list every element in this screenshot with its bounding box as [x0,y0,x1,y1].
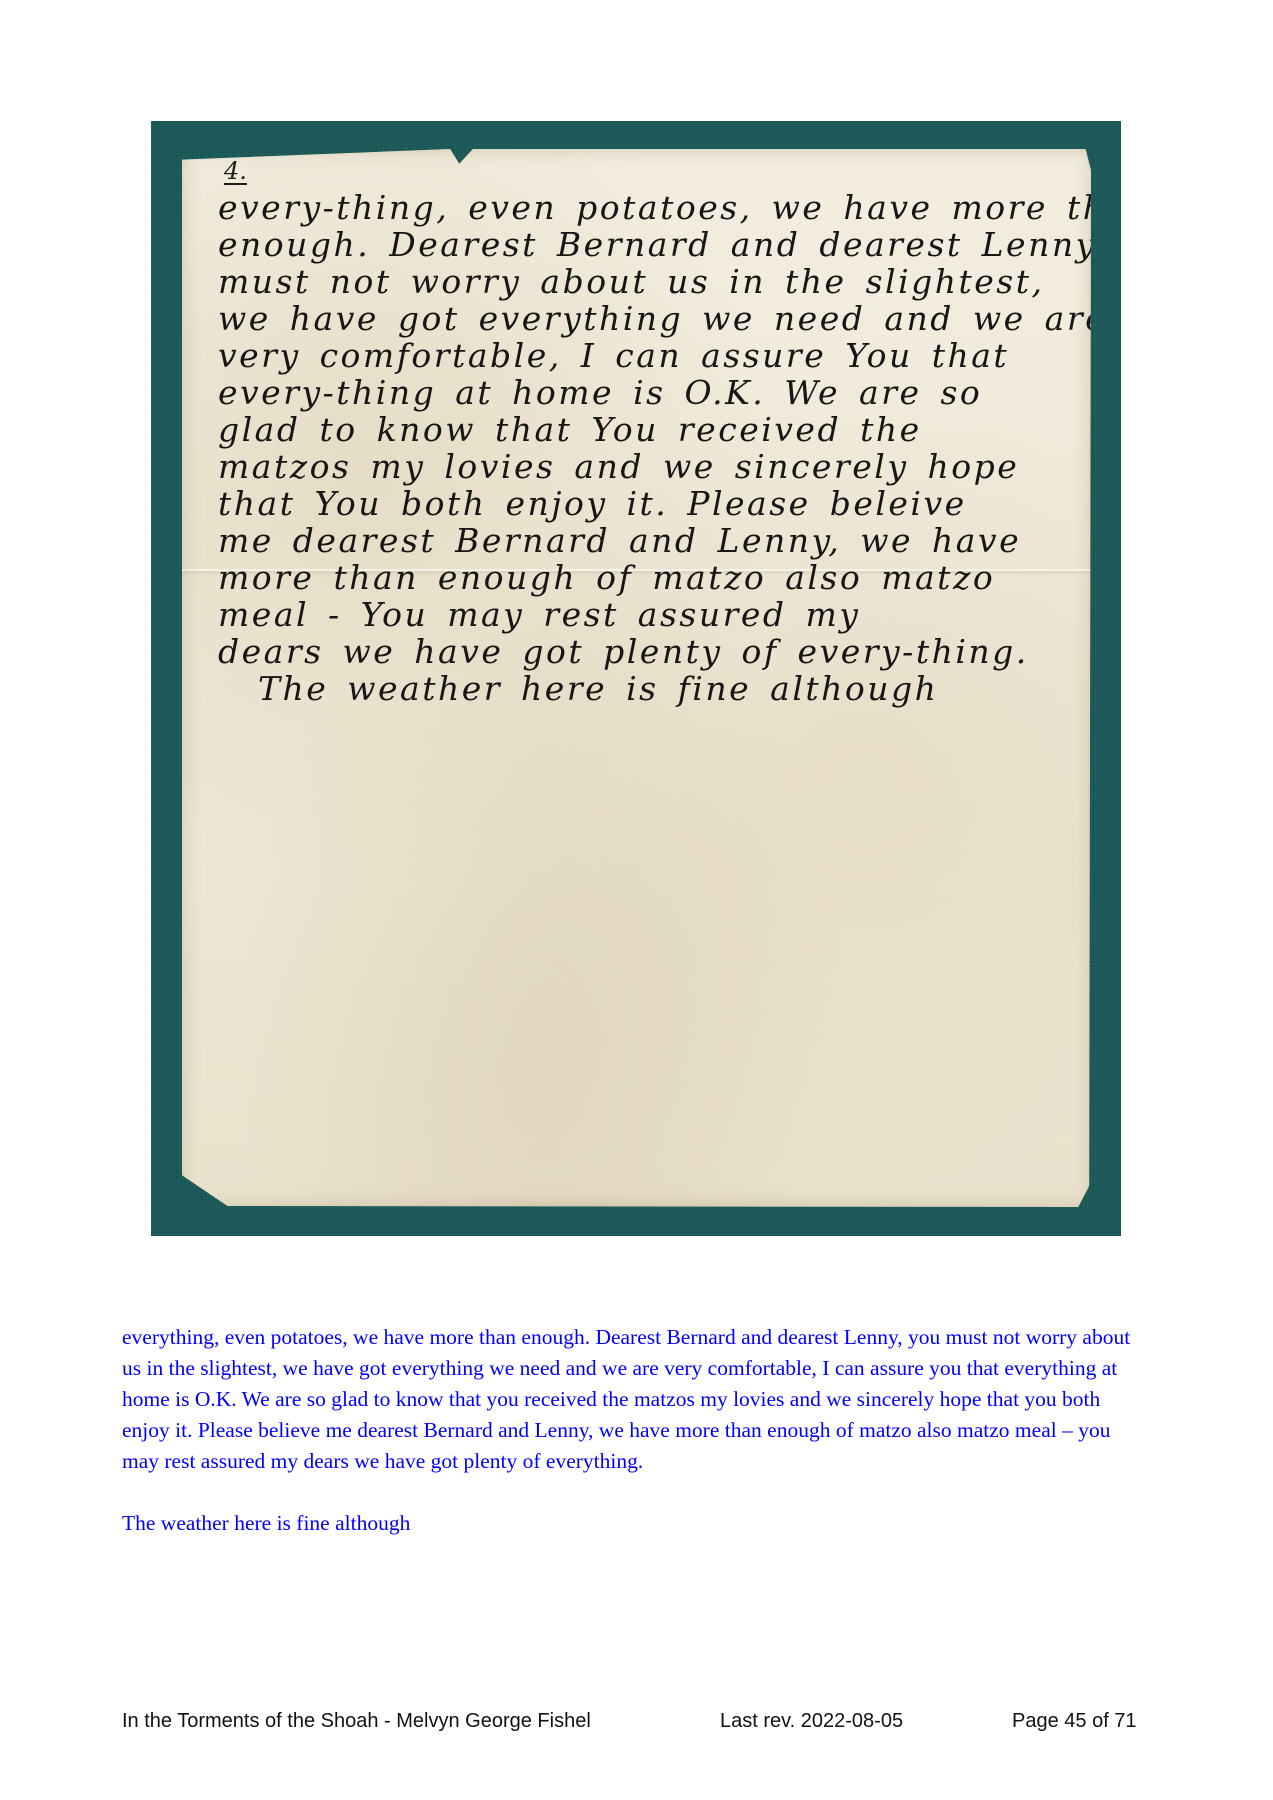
handwritten-line: enough. Dearest Bernard and dearest Lenn… [218,226,1098,263]
handwritten-line: meal - You may rest assured my [218,596,1098,633]
handwritten-line: that You both enjoy it. Please beleive [218,485,1098,522]
handwritten-line: more than enough of matzo also matzo [218,559,1098,596]
handwritten-line: every-thing at home is O.K. We are so [218,374,1098,411]
handwritten-line: The weather here is fine although [218,670,1098,707]
transcription-paragraph: The weather here is fine although [122,1508,1152,1539]
handwritten-page-marker: 4. [224,159,247,185]
transcription-paragraph: everything, even potatoes, we have more … [122,1322,1152,1477]
footer-page-number: Page 45 of 71 [1012,1709,1137,1733]
handwritten-text: every-thing, even potatoes, we have more… [218,189,1098,707]
letter-photo: 4. every-thing, even potatoes, we have m… [151,121,1121,1236]
letter-transcription: everything, even potatoes, we have more … [122,1322,1152,1539]
handwritten-line: we have got everything we need and we ar… [218,300,1098,337]
handwritten-line: very comfortable, I can assure You that [218,337,1098,374]
handwritten-line: every-thing, even potatoes, we have more… [218,189,1098,226]
footer-revision-date: Last rev. 2022-08-05 [720,1709,903,1733]
handwritten-line: dears we have got plenty of every-thing. [218,633,1098,670]
handwritten-line: me dearest Bernard and Lenny, we have [218,522,1098,559]
footer-document-title: In the Torments of the Shoah - Melvyn Ge… [122,1709,591,1733]
handwritten-line: glad to know that You received the [218,411,1098,448]
handwritten-line: must not worry about us in the slightest… [218,263,1098,300]
handwritten-line: matzos my lovies and we sincerely hope [218,448,1098,485]
letter-paper: 4. every-thing, even potatoes, we have m… [182,149,1091,1207]
